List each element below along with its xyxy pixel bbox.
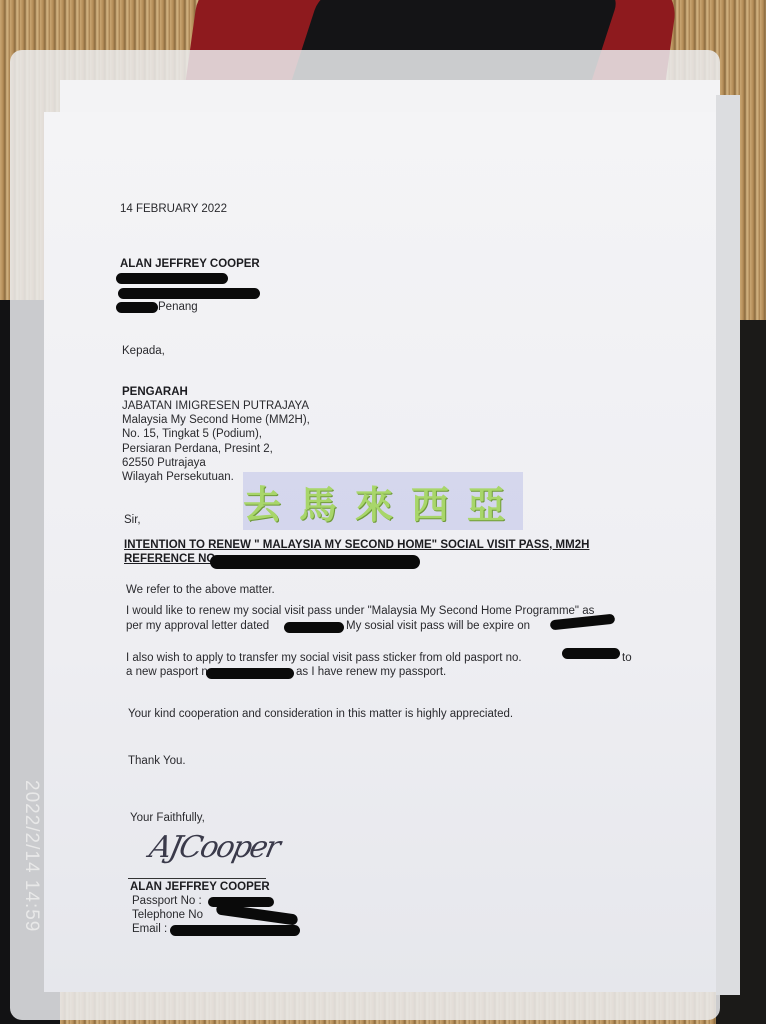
redaction-old-passport: [562, 648, 620, 659]
recipient-title: PENGARAH: [122, 385, 188, 400]
telephone-label: Telephone No: [132, 908, 203, 923]
signature-line: [128, 878, 266, 879]
letter-date: 14 FEBRUARY 2022: [120, 202, 227, 217]
subject-line-2: REFERENCE NO: [124, 552, 215, 567]
signatory-name: ALAN JEFFREY COOPER: [130, 880, 270, 895]
paragraph-3-line-1a: I also wish to apply to transfer my soci…: [126, 651, 522, 666]
email-label: Email :: [132, 922, 167, 937]
paragraph-2-line-1: I would like to renew my social visit pa…: [126, 604, 594, 619]
photo-timestamp: 2022/2/14 14:59: [20, 780, 42, 932]
recipient-line: 62550 Putrajaya: [122, 456, 206, 471]
recipient-line: JABATAN IMIGRESEN PUTRAJAYA: [122, 399, 309, 414]
paragraph-5: Thank You.: [128, 754, 186, 769]
paragraph-2-line-2a: per my approval letter dated: [126, 619, 269, 634]
signature: AJCooper: [146, 830, 282, 865]
redaction-sender-address-1: [116, 273, 228, 284]
redaction-new-passport: [206, 668, 294, 679]
stacked-pages-edge: [716, 95, 740, 995]
closing: Your Faithfully,: [130, 811, 205, 826]
paragraph-3-line-2a: a new pasport no.: [126, 665, 217, 680]
paragraph-3-line-2b: as I have renew my passport.: [296, 665, 446, 680]
greeting: Sir,: [124, 513, 141, 528]
redaction-sender-address-2: [118, 288, 260, 299]
recipient-line: Persiaran Perdana, Presint 2,: [122, 442, 273, 457]
recipient-line: Malaysia My Second Home (MM2H),: [122, 413, 310, 428]
paragraph-2-line-2b: My sosial visit pass will be expire on: [346, 619, 530, 634]
recipient-line: No. 15, Tingkat 5 (Podium),: [122, 427, 262, 442]
redaction-approval-date: [284, 622, 344, 633]
paragraph-3-line-1b: to: [622, 651, 632, 666]
salutation-kepada: Kepada,: [122, 344, 165, 359]
redaction-postcode: [116, 302, 158, 313]
redaction-email: [170, 925, 300, 936]
paragraph-4: Your kind cooperation and consideration …: [128, 707, 513, 722]
sender-city: Penang: [158, 300, 198, 315]
redaction-reference-no: [210, 555, 420, 569]
paragraph-1: We refer to the above matter.: [126, 583, 275, 598]
subject-line-1: INTENTION TO RENEW " MALAYSIA MY SECOND …: [124, 538, 589, 553]
sender-name: ALAN JEFFREY COOPER: [120, 257, 260, 272]
watermark-logo: 去馬來西亞: [243, 472, 523, 530]
watermark-text: 去馬來西亞: [243, 474, 523, 529]
recipient-line: Wilayah Persekutuan.: [122, 470, 234, 485]
passport-label: Passport No :: [132, 894, 202, 909]
